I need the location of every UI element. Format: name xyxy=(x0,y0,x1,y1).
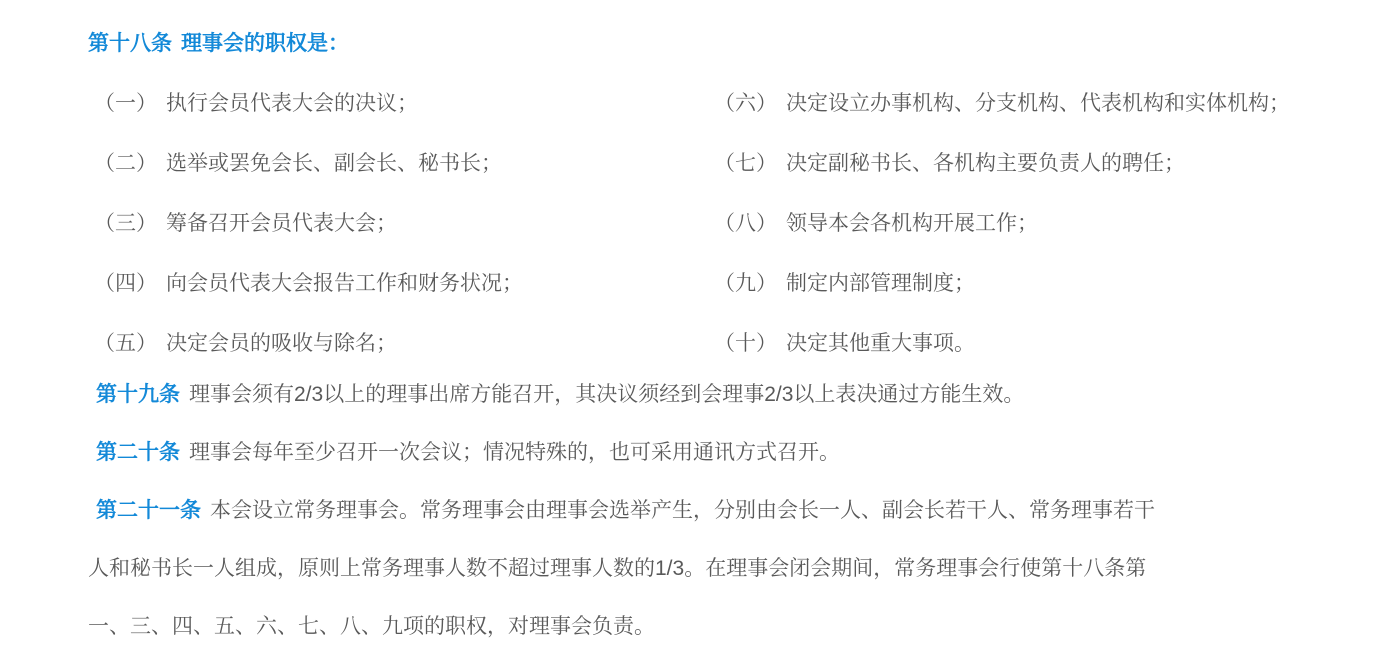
duty-item-text: 决定会员的吸收与除名； xyxy=(166,332,397,355)
duty-item: （五）决定会员的吸收与除名； xyxy=(94,314,708,374)
duty-item: （三）筹备召开会员代表大会； xyxy=(94,194,708,254)
article-text-line: 理事会每年至少召开一次会议；情况特殊的，也可采用通讯方式召开。 xyxy=(189,441,840,464)
duties-column-right: （六）决定设立办事机构、分支机构、代表机构和实体机构；（七）决定副秘书长、各机构… xyxy=(708,74,1370,374)
document-page: 第十八条理事会的职权是： （一）执行会员代表大会的决议；（二）选举或罢免会长、副… xyxy=(0,0,1400,666)
duty-item-text: 决定副秘书长、各机构主要负责人的聘任； xyxy=(786,152,1185,175)
duty-item-text: 决定其他重大事项。 xyxy=(786,332,975,355)
duty-item-number: （十） xyxy=(714,332,777,355)
duty-item: （九）制定内部管理制度； xyxy=(714,254,1370,314)
duty-item-number: （一） xyxy=(94,92,157,115)
article-18-number: 第十八条 xyxy=(88,32,172,55)
duty-item-text: 筹备召开会员代表大会； xyxy=(166,212,397,235)
article-text-line: 一、三、四、五、六、七、八、九项的职权，对理事会负责。 xyxy=(88,615,655,638)
duty-item-text: 执行会员代表大会的决议； xyxy=(166,92,418,115)
duties-list: （一）执行会员代表大会的决议；（二）选举或罢免会长、副会长、秘书长；（三）筹备召… xyxy=(88,74,1370,374)
duty-item-number: （七） xyxy=(714,152,777,175)
duty-item: （六）决定设立办事机构、分支机构、代表机构和实体机构； xyxy=(714,74,1370,134)
duty-item-number: （五） xyxy=(94,332,157,355)
duty-item-number: （三） xyxy=(94,212,157,235)
duty-item: （四）向会员代表大会报告工作和财务状况； xyxy=(94,254,708,314)
duty-item: （一）执行会员代表大会的决议； xyxy=(94,74,708,134)
article-18-heading: 第十八条理事会的职权是： xyxy=(88,14,1370,74)
article-number: 第二十一条 xyxy=(96,499,201,522)
duty-item-text: 选举或罢免会长、副会长、秘书长； xyxy=(166,152,502,175)
article-paragraph-continuation: 人和秘书长一人组成，原则上常务理事人数不超过理事人数的1/3。在理事会闭会期间，… xyxy=(88,540,1370,598)
duty-item: （二）选举或罢免会长、副会长、秘书长； xyxy=(94,134,708,194)
duty-item-text: 向会员代表大会报告工作和财务状况； xyxy=(166,272,523,295)
duties-column-left: （一）执行会员代表大会的决议；（二）选举或罢免会长、副会长、秘书长；（三）筹备召… xyxy=(88,74,708,374)
duty-item: （十）决定其他重大事项。 xyxy=(714,314,1370,374)
article-paragraph: 第二十条理事会每年至少召开一次会议；情况特殊的，也可采用通讯方式召开。 xyxy=(88,424,1370,482)
duty-item-number: （四） xyxy=(94,272,157,295)
articles-section: 第十九条理事会须有2/3以上的理事出席方能召开，其决议须经到会理事2/3以上表决… xyxy=(88,366,1370,656)
duty-item: （七）决定副秘书长、各机构主要负责人的聘任； xyxy=(714,134,1370,194)
article-paragraph: 第二十一条本会设立常务理事会。常务理事会由理事会选举产生，分别由会长一人、副会长… xyxy=(88,482,1370,540)
duty-item: （八）领导本会各机构开展工作； xyxy=(714,194,1370,254)
duty-item-text: 制定内部管理制度； xyxy=(786,272,975,295)
article-text-line: 本会设立常务理事会。常务理事会由理事会选举产生，分别由会长一人、副会长若干人、常… xyxy=(210,499,1155,522)
article-text-line: 理事会须有2/3以上的理事出席方能召开，其决议须经到会理事2/3以上表决通过方能… xyxy=(189,383,1024,406)
duty-item-number: （二） xyxy=(94,152,157,175)
article-paragraph-continuation: 一、三、四、五、六、七、八、九项的职权，对理事会负责。 xyxy=(88,598,1370,656)
duty-item-text: 决定设立办事机构、分支机构、代表机构和实体机构； xyxy=(786,92,1290,115)
article-text-line: 人和秘书长一人组成，原则上常务理事人数不超过理事人数的1/3。在理事会闭会期间，… xyxy=(88,557,1146,580)
duty-item-number: （九） xyxy=(714,272,777,295)
article-number: 第二十条 xyxy=(96,441,180,464)
article-number: 第十九条 xyxy=(96,383,180,406)
duty-item-text: 领导本会各机构开展工作； xyxy=(786,212,1038,235)
article-paragraph: 第十九条理事会须有2/3以上的理事出席方能召开，其决议须经到会理事2/3以上表决… xyxy=(88,366,1370,424)
duty-item-number: （六） xyxy=(714,92,777,115)
article-18-title: 理事会的职权是： xyxy=(181,32,349,55)
duty-item-number: （八） xyxy=(714,212,777,235)
